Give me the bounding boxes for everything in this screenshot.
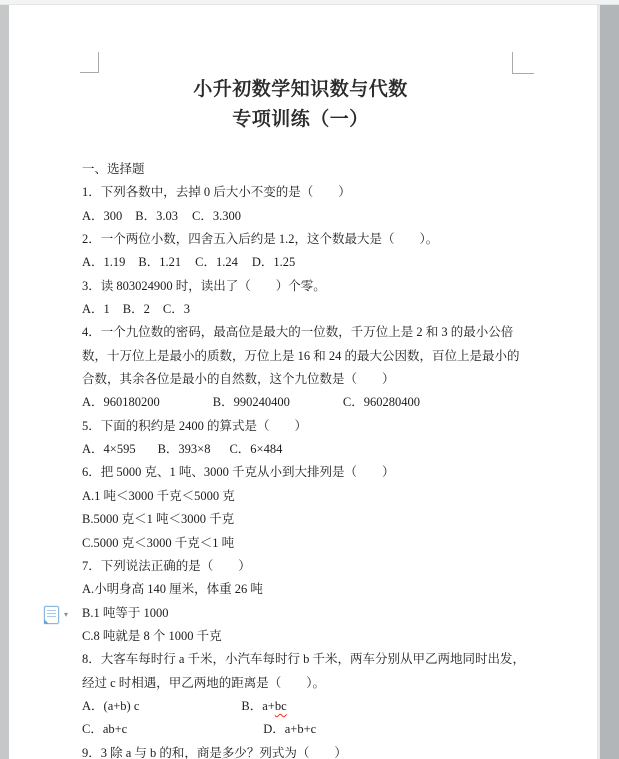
text-run: C．3.300 <box>192 209 241 223</box>
text-run: B．1.21 <box>138 255 181 269</box>
column-gap <box>110 312 123 313</box>
text-run: 3．读 803024900 时，读出了（ ）个零。 <box>82 279 326 293</box>
column-gap <box>290 405 343 406</box>
text-run: 经过 c 时相遇，甲乙两地的距离是（ ）。 <box>82 676 325 690</box>
chevron-down-icon: ▾ <box>64 611 68 619</box>
document-line: 7．下列说法正确的是（ ） <box>82 555 534 578</box>
text-boundary-mark-right <box>512 52 534 74</box>
text-run: 一、选择题 <box>82 162 145 176</box>
text-run: A．(a+b) c <box>82 699 139 713</box>
paste-options-button[interactable]: ▾ <box>44 606 68 624</box>
text-run: B．a+ <box>241 699 274 713</box>
text-run: 4．一个九位数的密码，最高位是最大的一位数，千万位上是 2 和 3 的最小公倍 <box>82 325 513 339</box>
document-line: 1．下列各数中，去掉 0 后大小不变的是（ ） <box>82 181 534 204</box>
column-gap <box>178 219 192 220</box>
document-line: 经过 c 时相遇，甲乙两地的距离是（ ）。 <box>82 672 534 695</box>
text-run: D．a+b+c <box>263 722 316 736</box>
document-line: A．1B．2C．3 <box>82 298 534 321</box>
document-page[interactable]: 小升初数学知识数与代数 专项训练（一） 一、选择题1．下列各数中，去掉 0 后大… <box>9 0 597 759</box>
text-run: C.8 吨就是 8 个 1000 千克 <box>82 629 222 643</box>
column-gap <box>125 265 138 266</box>
document-line: 8．大客车每时行 a 千米，小汽车每时行 b 千米，两车分别从甲乙两地同时出发， <box>82 648 534 671</box>
app-background-left <box>0 0 9 759</box>
page-edge-shadow <box>597 0 600 759</box>
text-run: 数，十万位上是最小的质数，万位上是 16 和 24 的最大公因数，百位上是最小的 <box>82 349 520 363</box>
column-gap <box>181 265 195 266</box>
document-line: A．960180200B．990240400C．960280400 <box>82 391 534 414</box>
text-run: A．300 <box>82 209 122 223</box>
text-run: A.小明身高 140 厘米，体重 26 吨 <box>82 582 263 596</box>
text-run: 1．下列各数中，去掉 0 后大小不变的是（ ） <box>82 185 351 199</box>
text-run: C．6×484 <box>229 442 282 456</box>
document-line: B.1 吨等于 1000 <box>82 602 534 625</box>
text-run: A．960180200 <box>82 395 160 409</box>
column-gap <box>150 312 163 313</box>
text-run: 8．大客车每时行 a 千米，小汽车每时行 b 千米，两车分别从甲乙两地同时出发， <box>82 652 525 666</box>
text-run: B．3.03 <box>135 209 178 223</box>
text-run: A．1.19 <box>82 255 125 269</box>
text-run: 5．下面的积约是 2400 的算式是（ ） <box>82 419 307 433</box>
document-line: 数，十万位上是最小的质数，万位上是 16 和 24 的最大公因数，百位上是最小的 <box>82 345 534 368</box>
text-run: 6．把 5000 克、1 吨、3000 千克从小到大排列是（ ） <box>82 465 395 479</box>
text-run: B.5000 克＜1 吨＜3000 千克 <box>82 512 234 526</box>
paste-options-icon <box>44 606 59 624</box>
document-line: A．(a+b) cB．a+bc <box>82 695 534 718</box>
text-run: bc <box>275 699 287 713</box>
document-line: 一、选择题 <box>82 158 534 181</box>
text-run: A．4×595 <box>82 442 136 456</box>
document-line: A．4×595B．393×8C．6×484 <box>82 438 534 461</box>
column-gap <box>238 265 252 266</box>
document-line: 4．一个九位数的密码，最高位是最大的一位数，千万位上是 2 和 3 的最小公倍 <box>82 321 534 344</box>
document-line: A．1.19B．1.21C．1.24D．1.25 <box>82 251 534 274</box>
title-line-2: 专项训练（一） <box>82 104 519 134</box>
text-run: C．1.24 <box>195 255 238 269</box>
document-line: 9．3 除 a 与 b 的和，商是多少？列式为（ ） <box>82 742 534 759</box>
document-line: A．300B．3.03C．3.300 <box>82 205 534 228</box>
column-gap <box>210 452 229 453</box>
document-line: C.8 吨就是 8 个 1000 千克 <box>82 625 534 648</box>
text-run: A.1 吨＜3000 千克＜5000 克 <box>82 489 235 503</box>
document-line: 5．下面的积约是 2400 的算式是（ ） <box>82 415 534 438</box>
document-line: A.小明身高 140 厘米，体重 26 吨 <box>82 578 534 601</box>
document-line: C.5000 克＜3000 千克＜1 吨 <box>82 532 534 555</box>
window-top-edge <box>0 0 619 5</box>
app-background-right <box>600 0 619 759</box>
document-body: 一、选择题1．下列各数中，去掉 0 后大小不变的是（ ）A．300B．3.03C… <box>82 158 534 759</box>
text-run: B．393×8 <box>158 442 211 456</box>
column-gap <box>127 732 263 733</box>
text-run: 9．3 除 a 与 b 的和，商是多少？列式为（ ） <box>82 746 347 759</box>
document-line: 3．读 803024900 时，读出了（ ）个零。 <box>82 275 534 298</box>
text-run: A．1 <box>82 302 110 316</box>
text-run: C．ab+c <box>82 722 127 736</box>
document-line: 6．把 5000 克、1 吨、3000 千克从小到大排列是（ ） <box>82 461 534 484</box>
text-run: C．3 <box>163 302 190 316</box>
document-line: B.5000 克＜1 吨＜3000 千克 <box>82 508 534 531</box>
column-gap <box>122 219 135 220</box>
text-run: C．960280400 <box>343 395 420 409</box>
text-run: B．990240400 <box>213 395 290 409</box>
column-gap <box>136 452 158 453</box>
document-line: A.1 吨＜3000 千克＜5000 克 <box>82 485 534 508</box>
document-line: 合数，其余各位是最小的自然数，这个九位数是（ ） <box>82 368 534 391</box>
text-run: B.1 吨等于 1000 <box>82 606 168 620</box>
column-gap <box>160 405 213 406</box>
text-run: 2．一个两位小数，四舍五入后约是 1.2，这个数最大是（ ）。 <box>82 232 438 246</box>
title-line-1: 小升初数学知识数与代数 <box>82 74 519 104</box>
document-line: C．ab+cD．a+b+c <box>82 718 534 741</box>
document-line: 2．一个两位小数，四舍五入后约是 1.2，这个数最大是（ ）。 <box>82 228 534 251</box>
text-boundary-mark-left <box>80 52 99 73</box>
text-run: B．2 <box>123 302 150 316</box>
text-run: 合数，其余各位是最小的自然数，这个九位数是（ ） <box>82 372 395 386</box>
text-run: C.5000 克＜3000 千克＜1 吨 <box>82 536 234 550</box>
column-gap <box>139 709 241 710</box>
document-title: 小升初数学知识数与代数 专项训练（一） <box>82 74 519 134</box>
text-run: D．1.25 <box>252 255 295 269</box>
text-run: 7．下列说法正确的是（ ） <box>82 559 251 573</box>
